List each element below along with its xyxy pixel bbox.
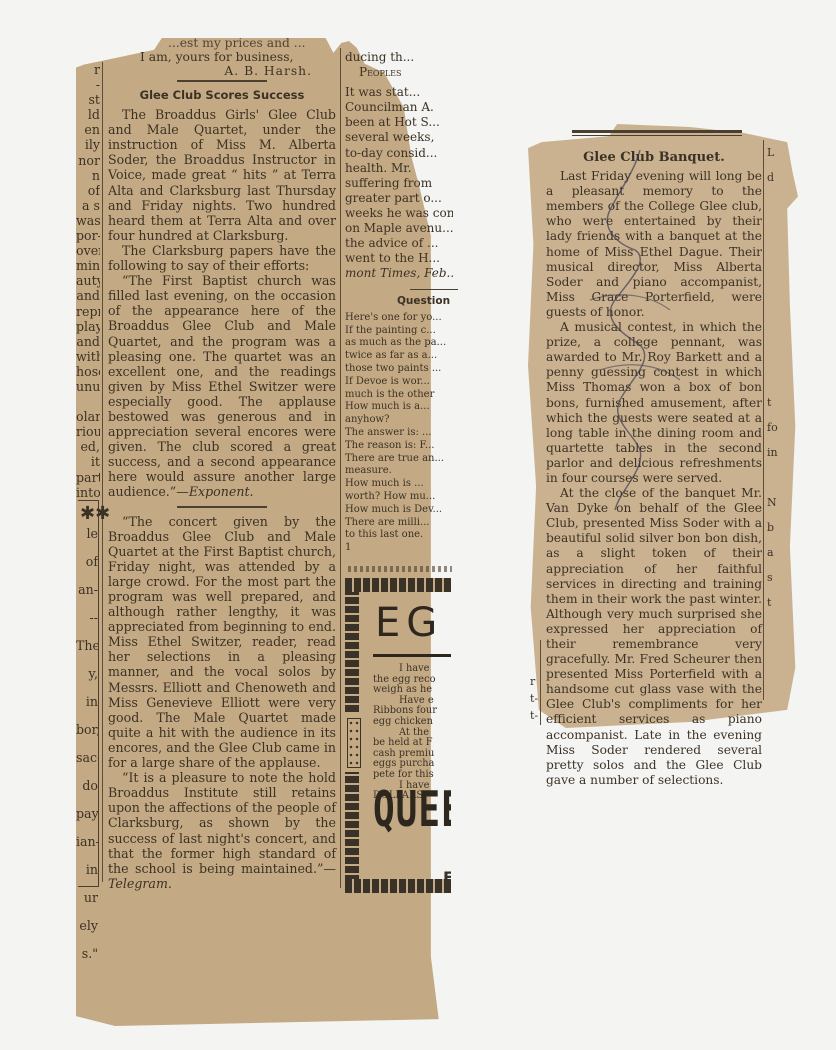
- closing-line: I am, yours for business,: [140, 50, 340, 64]
- text-line: [767, 465, 781, 490]
- text-line: over: [76, 243, 100, 258]
- text-line: There are milli...: [345, 517, 453, 530]
- ad-border-bottom: [345, 879, 451, 893]
- paragraph-text: “The First Baptist church was filled las…: [108, 273, 336, 499]
- text-line: weeks he was con...: [345, 206, 453, 221]
- text-line: with: [76, 349, 100, 364]
- text-line: If Devoe is wor...: [345, 376, 453, 389]
- ad-ornament: [347, 718, 361, 768]
- text-line: on Maple avenu...: [345, 221, 453, 236]
- text-line: and: [76, 288, 100, 303]
- text-line: egg chicken: [373, 717, 451, 728]
- left-edge-fragments: rt-t-: [530, 673, 540, 724]
- text-line: [767, 265, 781, 290]
- peoples-lines: It was stat...Councilman A.been at Hot S…: [345, 85, 453, 266]
- text-line: r: [530, 673, 540, 690]
- text-line: It was stat...: [345, 85, 453, 100]
- article-paragraph: “The concert given by the Broaddus Glee …: [108, 514, 336, 771]
- right-edge-fragments: Ld tfoin Nbast: [767, 140, 781, 615]
- text-line: [76, 394, 100, 409]
- text-line: [767, 240, 781, 265]
- text-line: The answer is: ...: [345, 427, 453, 440]
- article-paragraph: Last Friday evening will long be a pleas…: [546, 169, 762, 320]
- text-line: in: [767, 440, 781, 465]
- text-line: How much is a...: [345, 401, 453, 414]
- text-line: several weeks,: [345, 130, 453, 145]
- text-line: 1: [345, 542, 453, 555]
- text-line: suffering from: [345, 176, 453, 191]
- text-line: -: [76, 77, 100, 92]
- text-line: [767, 190, 781, 215]
- text-line: greater part o...: [345, 191, 453, 206]
- text-line: twice as far as a...: [345, 350, 453, 363]
- article-headline: Glee Club Scores Success: [108, 88, 336, 103]
- ad-title: EG: [375, 600, 443, 646]
- text-line: olar.: [76, 409, 100, 424]
- column-rule: [102, 62, 103, 882]
- text-line: nor: [76, 153, 100, 168]
- paragraph-text: “It is a pleasure to note the hold Broad…: [108, 770, 336, 876]
- text-line: fo: [767, 415, 781, 440]
- text-line: Here's one for yo...: [345, 312, 453, 325]
- text-line: ed, it: [76, 439, 100, 469]
- column-rule: [340, 48, 341, 888]
- text-line: a: [767, 540, 781, 565]
- text-line: rious: [76, 424, 100, 439]
- glee-club-scores-success-article: Glee Club Scores Success The Broaddus Gi…: [108, 80, 336, 891]
- text-line: The reason is: F...: [345, 440, 453, 453]
- asterism-icon: ✱✱: [80, 503, 110, 524]
- text-line: measure.: [345, 465, 453, 478]
- text-line: to-day consid...: [345, 146, 453, 161]
- source-line: mont Times, Feb...: [345, 266, 453, 281]
- text-line: st: [76, 92, 100, 107]
- ad-border-top: [345, 578, 451, 592]
- text-line: How much is ...: [345, 478, 453, 491]
- left-edge-fragments: r-stldenilynorn ofa swaspor-overmingauty…: [76, 62, 100, 500]
- question-column: Question Here's one for yo...If the pain…: [345, 295, 453, 555]
- text-line: I have: [373, 664, 451, 675]
- source-citation: Exponent.: [189, 484, 254, 499]
- article-paragraph: The Broaddus Girls' Glee Club and Male Q…: [108, 107, 336, 243]
- article-paragraph: A musical contest, in which the prize, a…: [546, 320, 762, 486]
- text-line: t: [767, 390, 781, 415]
- text-line: health. Mr.: [345, 161, 453, 176]
- text-line: went to the H...: [345, 251, 453, 266]
- article-headline: Glee Club Banquet.: [546, 150, 762, 165]
- text-line: and: [76, 334, 100, 349]
- text-line: [767, 340, 781, 365]
- text-line: [767, 215, 781, 240]
- text-line: to this last one.: [345, 529, 453, 542]
- text-line: n of: [76, 168, 100, 198]
- text-line: ld: [76, 107, 100, 122]
- text-line: r: [76, 62, 100, 77]
- top-rule-thin: [572, 135, 742, 136]
- text-line: t-: [530, 707, 540, 724]
- top-letter-fragment: ...est my prices and ... I am, yours for…: [140, 36, 340, 78]
- fragment-line: ...est my prices and ...: [140, 36, 340, 50]
- text-line: as much as the pa...: [345, 337, 453, 350]
- text-line: into: [76, 485, 100, 500]
- wavy-rule: [348, 566, 452, 572]
- ad-footer-letter: F: [443, 868, 451, 887]
- text-line: ur: [76, 884, 98, 912]
- peoples-column: ducing th... Peoples It was stat...Counc…: [345, 50, 453, 281]
- text-line: d: [767, 165, 781, 190]
- article-paragraph: At the close of the banquet Mr. Van Dyke…: [546, 486, 762, 788]
- text-line: Councilman A.: [345, 100, 453, 115]
- text-line: been at Hot S...: [345, 115, 453, 130]
- text-line: t: [767, 590, 781, 615]
- text-line: How much is Dev...: [345, 504, 453, 517]
- text-line: ily: [76, 137, 100, 152]
- text-line: repre-: [76, 304, 100, 319]
- article-paragraph: “It is a pleasure to note the hold Broad…: [108, 770, 336, 891]
- column-line: ducing th...: [345, 50, 453, 65]
- text-line: If the painting c...: [345, 325, 453, 338]
- article-paragraph: “The First Baptist church was filled las…: [108, 273, 336, 499]
- signature: A. B. Harsh.: [140, 64, 340, 78]
- ad-body: I havethe egg recoweigh as heHave eRibbo…: [373, 664, 451, 802]
- text-line: the advice of ...: [345, 236, 453, 251]
- text-line: por-: [76, 228, 100, 243]
- text-line: [767, 365, 781, 390]
- text-line: en: [76, 122, 100, 137]
- text-line: N: [767, 490, 781, 515]
- text-line: ming: [76, 258, 100, 273]
- text-line: s: [767, 565, 781, 590]
- text-line: worth? How mu...: [345, 491, 453, 504]
- ad-brand-word: QUEE: [373, 783, 451, 838]
- text-line: pete for this: [373, 770, 451, 781]
- top-rule: [572, 130, 742, 133]
- text-line: auty: [76, 273, 100, 288]
- text-line: hosen: [76, 364, 100, 379]
- ad-border-left: [345, 772, 359, 882]
- text-line: unun-: [76, 379, 100, 394]
- text-line: much is the other: [345, 389, 453, 402]
- box-border: [78, 500, 99, 887]
- text-line: [767, 315, 781, 340]
- question-lines: Here's one for yo...If the painting c...…: [345, 312, 453, 555]
- text-line: anyhow?: [345, 414, 453, 427]
- text-line: s.": [76, 940, 98, 968]
- egg-advertisement: EG I havethe egg recoweigh as heHave eRi…: [345, 578, 451, 893]
- column-subhead: Peoples: [345, 65, 453, 80]
- text-line: a s: [76, 198, 100, 213]
- text-line: parts: [76, 470, 100, 485]
- text-line: those two paints ...: [345, 363, 453, 376]
- text-line: There are true an...: [345, 453, 453, 466]
- text-line: [767, 290, 781, 315]
- source-citation: Telegram.: [108, 876, 172, 891]
- divider: [177, 506, 267, 508]
- question-headline: Question: [345, 295, 453, 308]
- text-line: L: [767, 140, 781, 165]
- text-line: b: [767, 515, 781, 540]
- text-line: play: [76, 319, 100, 334]
- column-rule: [763, 140, 764, 700]
- divider: [177, 80, 267, 82]
- text-line: ely: [76, 912, 98, 940]
- text-line: was: [76, 213, 100, 228]
- glee-club-banquet-article: Glee Club Banquet. Last Friday evening w…: [546, 150, 762, 788]
- text-line: t-: [530, 690, 540, 707]
- column-rule: [540, 640, 541, 725]
- article-paragraph: The Clarksburg papers have the following…: [108, 243, 336, 273]
- ad-border-left: [345, 592, 359, 712]
- ad-rule: [373, 654, 451, 657]
- divider: [410, 289, 458, 290]
